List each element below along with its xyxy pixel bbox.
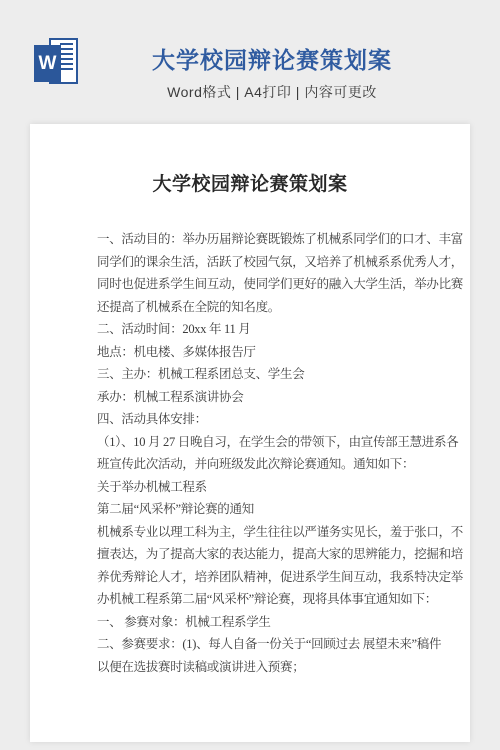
doc-line: 承办：机械工程系演讲协会 [97, 386, 420, 409]
doc-line: 以便在选拔赛时读稿或演讲进入预赛； [97, 656, 420, 679]
doc-line: 同时也促进系学生间互动，使同学们更好的融入大学生活，举办比赛 [97, 273, 420, 296]
document-page[interactable]: 大学校园辩论赛策划案 一、活动目的：举办历届辩论赛既锻炼了机械系同学们的口才、丰… [30, 124, 470, 742]
doc-line: 一、 参赛对象：机械工程系学生 [97, 611, 420, 634]
doc-line: 关于举办机械工程系 [97, 476, 420, 499]
doc-line: 二、参赛要求：(1)、每人自备一份关于“回顾过去 展望未来”稿件 [97, 633, 420, 656]
header: W 大学校园辩论赛策划案 Word格式 | A4打印 | 内容可更改 [0, 0, 500, 124]
document-body: 一、活动目的：举办历届辩论赛既锻炼了机械系同学们的口才、丰富 同学们的课余生活，… [97, 228, 420, 678]
doc-line: （1）、10 月 27 日晚自习，在学生会的带领下，由宣传部王慧进系各 [97, 431, 420, 454]
doc-line: 同学们的课余生活，活跃了校园气氛，又培养了机械系系优秀人才， [97, 251, 420, 274]
doc-line: 第二届“风采杯”辩论赛的通知 [97, 498, 420, 521]
doc-line: 机械系专业以理工科为主，学生往往以严谨务实见长，羞于张口，不 [97, 521, 420, 544]
doc-line: 养优秀辩论人才，培养团队精神，促进系学生间互动，我系特决定举 [97, 566, 420, 589]
doc-line: 二、活动时间：20xx 年 11 月 [97, 318, 420, 341]
doc-line: 一、活动目的：举办历届辩论赛既锻炼了机械系同学们的口才、丰富 [97, 228, 420, 251]
page-subtitle: Word格式 | A4打印 | 内容可更改 [44, 82, 500, 102]
header-text: 大学校园辩论赛策划案 Word格式 | A4打印 | 内容可更改 [44, 42, 500, 102]
doc-line: 办机械工程系第二届“风采杯”辩论赛，现将具体事宜通知如下： [97, 588, 420, 611]
doc-line: 班宣传此次活动，并向班级发此次辩论赛通知。通知如下： [97, 453, 420, 476]
template-preview-screen: W 大学校园辩论赛策划案 Word格式 | A4打印 | 内容可更改 大学校园辩… [0, 0, 500, 750]
page-title: 大学校园辩论赛策划案 [44, 42, 500, 75]
doc-line: 擅表达，为了提高大家的表达能力，提高大家的思辨能力，挖掘和培 [97, 543, 420, 566]
doc-line: 三、主办：机械工程系团总支、学生会 [97, 363, 420, 386]
document-title: 大学校园辩论赛策划案 [30, 171, 470, 199]
doc-line: 还提高了机械系在全院的知名度。 [97, 296, 420, 319]
doc-line: 地点：机电楼、多媒体报告厅 [97, 341, 420, 364]
doc-line: 四、活动具体安排： [97, 408, 420, 431]
